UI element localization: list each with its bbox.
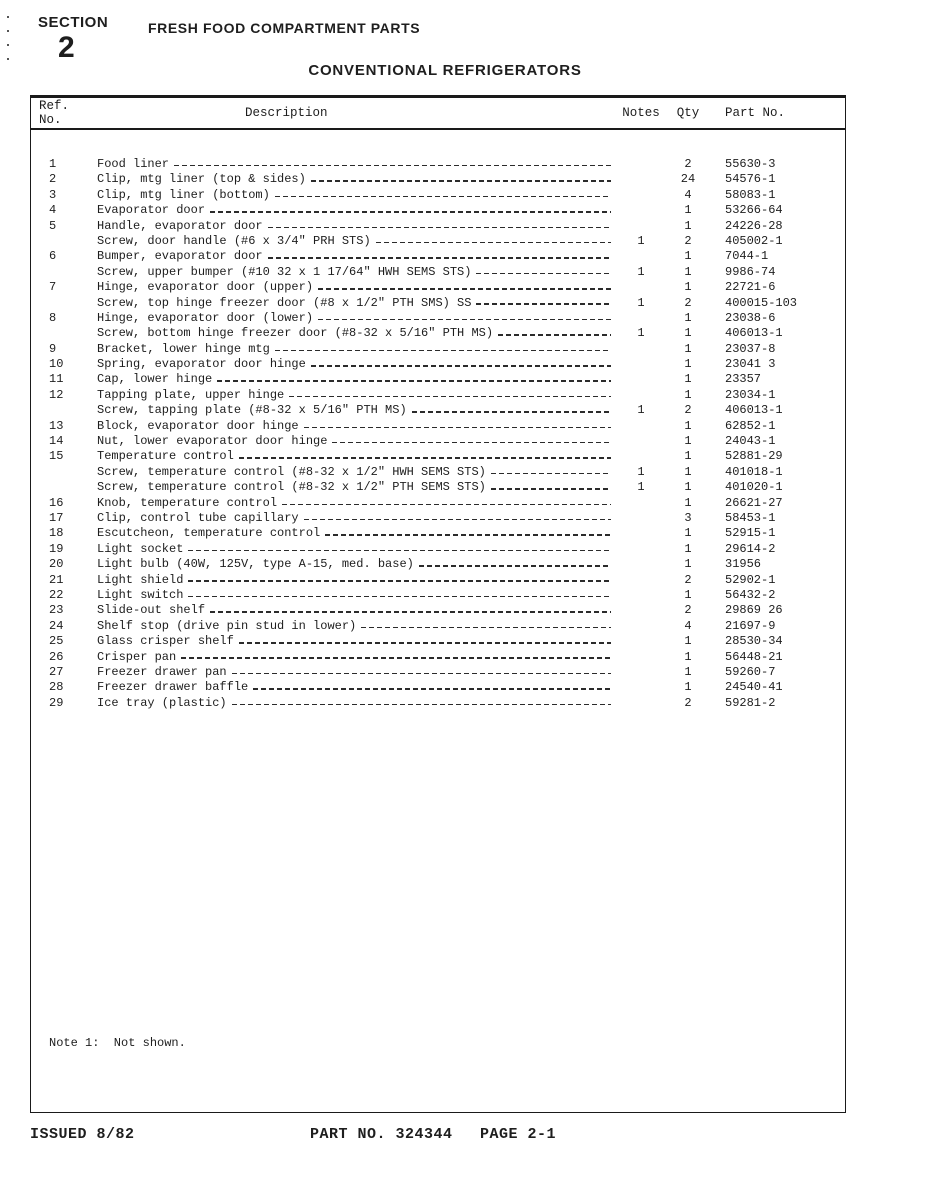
part-cell: 21697-9 xyxy=(711,619,845,634)
dash-leader xyxy=(217,380,611,382)
part-cell: 26621-27 xyxy=(711,496,845,511)
description-text: Crisper pan xyxy=(97,650,176,665)
dash-leader xyxy=(332,442,611,444)
description-text: Slide-out shelf xyxy=(97,603,205,618)
qty-cell: 1 xyxy=(665,280,711,295)
part-cell: 22721-6 xyxy=(711,280,845,295)
qty-cell: 2 xyxy=(665,234,711,249)
description-text: Evaporator door xyxy=(97,203,205,218)
description-cell: Light switch xyxy=(97,588,617,603)
ref-cell: 26 xyxy=(31,650,97,665)
notes-cell xyxy=(617,696,665,711)
qty-cell: 1 xyxy=(665,434,711,449)
part-cell: 23041 3 xyxy=(711,357,845,372)
part-cell: 58083-1 xyxy=(711,188,845,203)
description-text: Light switch xyxy=(97,588,183,603)
table-row: 19 Light socket 1 29614-2 xyxy=(31,542,845,557)
ref-cell: 8 xyxy=(31,311,97,326)
notes-cell xyxy=(617,542,665,557)
table-row: 7 Hinge, evaporator door (upper) 1 22721… xyxy=(31,280,845,295)
ref-cell: 19 xyxy=(31,542,97,557)
qty-cell: 24 xyxy=(665,172,711,187)
description-text: Bumper, evaporator door xyxy=(97,249,263,264)
qty-cell: 1 xyxy=(665,372,711,387)
qty-cell: 1 xyxy=(665,203,711,218)
ref-cell: 4 xyxy=(31,203,97,218)
table-row: 8 Hinge, evaporator door (lower) 1 23038… xyxy=(31,311,845,326)
description-cell: Nut, lower evaporator door hinge xyxy=(97,434,617,449)
dash-leader xyxy=(304,519,611,521)
notes-cell xyxy=(617,650,665,665)
parts-table: Ref. No. Description Notes Qty Part No. … xyxy=(30,95,846,1113)
notes-cell xyxy=(617,357,665,372)
notes-cell xyxy=(617,680,665,695)
ref-cell xyxy=(31,480,97,495)
qty-cell: 1 xyxy=(665,650,711,665)
table-row: 13 Block, evaporator door hinge 1 62852-… xyxy=(31,419,845,434)
table-header-row: Ref. No. Description Notes Qty Part No. xyxy=(31,98,845,130)
description-cell: Freezer drawer pan xyxy=(97,665,617,680)
dash-leader xyxy=(253,688,611,690)
ref-cell: 14 xyxy=(31,434,97,449)
description-text: Nut, lower evaporator door hinge xyxy=(97,434,327,449)
ref-cell: 24 xyxy=(31,619,97,634)
description-text: Screw, upper bumper (#10 32 x 1 17/64" H… xyxy=(97,265,471,280)
description-text: Block, evaporator door hinge xyxy=(97,419,299,434)
notes-cell: 1 xyxy=(617,465,665,480)
dash-leader xyxy=(275,350,611,352)
qty-cell: 1 xyxy=(665,449,711,464)
table-row: 2 Clip, mtg liner (top & sides) 24 54576… xyxy=(31,172,845,187)
part-cell: 56432-2 xyxy=(711,588,845,603)
description-cell: Clip, mtg liner (top & sides) xyxy=(97,172,617,187)
dash-leader xyxy=(275,196,611,198)
dash-leader xyxy=(498,334,611,336)
qty-cell: 2 xyxy=(665,296,711,311)
description-text: Light shield xyxy=(97,573,183,588)
table-row: Screw, door handle (#6 x 3/4" PRH STS) 1… xyxy=(31,234,845,249)
ref-cell: 18 xyxy=(31,526,97,541)
table-row: 24 Shelf stop (drive pin stud in lower) … xyxy=(31,619,845,634)
ref-cell xyxy=(31,465,97,480)
table-row: Screw, bottom hinge freezer door (#8-32 … xyxy=(31,326,845,341)
ref-cell: 28 xyxy=(31,680,97,695)
table-row: 23 Slide-out shelf 2 29869 26 xyxy=(31,603,845,618)
description-text: Light socket xyxy=(97,542,183,557)
ref-cell: 11 xyxy=(31,372,97,387)
part-cell: 24043-1 xyxy=(711,434,845,449)
description-text: Glass crisper shelf xyxy=(97,634,234,649)
description-text: Handle, evaporator door xyxy=(97,219,263,234)
notes-cell xyxy=(617,203,665,218)
page-subtitle: CONVENTIONAL REFRIGERATORS xyxy=(0,62,890,79)
qty-cell: 2 xyxy=(665,696,711,711)
notes-cell: 1 xyxy=(617,234,665,249)
part-cell: 59260-7 xyxy=(711,665,845,680)
notes-cell xyxy=(617,588,665,603)
notes-cell xyxy=(617,157,665,172)
qty-cell: 1 xyxy=(665,388,711,403)
qty-cell: 1 xyxy=(665,311,711,326)
dash-leader xyxy=(282,504,611,506)
dash-leader xyxy=(181,657,611,659)
table-row: 14 Nut, lower evaporator door hinge 1 24… xyxy=(31,434,845,449)
part-cell: 406013-1 xyxy=(711,403,845,418)
ref-cell: 6 xyxy=(31,249,97,264)
part-cell: 401020-1 xyxy=(711,480,845,495)
qty-cell: 1 xyxy=(665,419,711,434)
table-row: 10 Spring, evaporator door hinge 1 23041… xyxy=(31,357,845,372)
description-cell: Screw, temperature control (#8-32 x 1/2"… xyxy=(97,480,617,495)
description-text: Spring, evaporator door hinge xyxy=(97,357,306,372)
ref-cell: 22 xyxy=(31,588,97,603)
dash-leader xyxy=(239,642,611,644)
notes-cell: 1 xyxy=(617,296,665,311)
description-text: Screw, bottom hinge freezer door (#8-32 … xyxy=(97,326,493,341)
dash-leader xyxy=(268,257,611,259)
footer-part-no: PART NO. 324344 xyxy=(310,1126,453,1143)
qty-cell: 2 xyxy=(665,603,711,618)
ref-cell: 9 xyxy=(31,342,97,357)
part-cell: 52915-1 xyxy=(711,526,845,541)
qty-cell: 4 xyxy=(665,188,711,203)
part-cell: 54576-1 xyxy=(711,172,845,187)
part-cell: 53266-64 xyxy=(711,203,845,218)
description-cell: Block, evaporator door hinge xyxy=(97,419,617,434)
part-cell: 28530-34 xyxy=(711,634,845,649)
table-row: 9 Bracket, lower hinge mtg 1 23037-8 xyxy=(31,342,845,357)
ref-cell xyxy=(31,403,97,418)
qty-cell: 1 xyxy=(665,480,711,495)
ref-cell: 3 xyxy=(31,188,97,203)
description-text: Freezer drawer pan xyxy=(97,665,227,680)
description-text: Freezer drawer baffle xyxy=(97,680,248,695)
part-cell: 31956 xyxy=(711,557,845,572)
qty-cell: 2 xyxy=(665,403,711,418)
description-cell: Light bulb (40W, 125V, type A-15, med. b… xyxy=(97,557,617,572)
dash-leader xyxy=(210,611,611,613)
part-cell: 23357 xyxy=(711,372,845,387)
part-cell: 52881-29 xyxy=(711,449,845,464)
part-cell: 29869 26 xyxy=(711,603,845,618)
notes-cell xyxy=(617,249,665,264)
section-number: 2 xyxy=(58,33,108,63)
description-text: Clip, mtg liner (bottom) xyxy=(97,188,270,203)
description-text: Hinge, evaporator door (lower) xyxy=(97,311,313,326)
column-header-notes: Notes xyxy=(617,106,665,120)
description-text: Hinge, evaporator door (upper) xyxy=(97,280,313,295)
part-cell: 9986-74 xyxy=(711,265,845,280)
part-cell: 29614-2 xyxy=(711,542,845,557)
ref-cell: 23 xyxy=(31,603,97,618)
table-row: 26 Crisper pan 1 56448-21 xyxy=(31,650,845,665)
qty-cell: 1 xyxy=(665,680,711,695)
ref-cell: 16 xyxy=(31,496,97,511)
dash-leader xyxy=(412,411,611,413)
footnote: Note 1: Not shown. xyxy=(49,1036,186,1050)
qty-cell: 1 xyxy=(665,219,711,234)
table-row: 15 Temperature control 1 52881-29 xyxy=(31,449,845,464)
table-row: 6 Bumper, evaporator door 1 7044-1 xyxy=(31,249,845,264)
notes-cell xyxy=(617,665,665,680)
part-cell: 400015-103 xyxy=(711,296,845,311)
part-cell: 23037-8 xyxy=(711,342,845,357)
dash-leader xyxy=(361,627,611,629)
qty-cell: 1 xyxy=(665,634,711,649)
ref-cell: 21 xyxy=(31,573,97,588)
description-text: Clip, mtg liner (top & sides) xyxy=(97,172,306,187)
dash-leader xyxy=(188,596,611,598)
ref-cell xyxy=(31,326,97,341)
notes-cell xyxy=(617,557,665,572)
dash-leader xyxy=(304,427,611,429)
qty-cell: 1 xyxy=(665,588,711,603)
description-cell: Cap, lower hinge xyxy=(97,372,617,387)
description-cell: Tapping plate, upper hinge xyxy=(97,388,617,403)
description-text: Light bulb (40W, 125V, type A-15, med. b… xyxy=(97,557,414,572)
notes-cell xyxy=(617,280,665,295)
ref-cell: 29 xyxy=(31,696,97,711)
ref-cell: 10 xyxy=(31,357,97,372)
description-cell: Hinge, evaporator door (upper) xyxy=(97,280,617,295)
description-text: Food liner xyxy=(97,157,169,172)
table-row: Screw, upper bumper (#10 32 x 1 17/64" H… xyxy=(31,265,845,280)
description-cell: Ice tray (plastic) xyxy=(97,696,617,711)
dash-leader xyxy=(491,473,611,475)
part-cell: 52902-1 xyxy=(711,573,845,588)
description-text: Shelf stop (drive pin stud in lower) xyxy=(97,619,356,634)
description-cell: Screw, top hinge freezer door (#8 x 1/2"… xyxy=(97,296,617,311)
qty-cell: 2 xyxy=(665,573,711,588)
dash-leader xyxy=(268,227,611,229)
table-row: 27 Freezer drawer pan 1 59260-7 xyxy=(31,665,845,680)
description-text: Screw, temperature control (#8-32 x 1/2"… xyxy=(97,465,486,480)
dash-leader xyxy=(210,211,611,213)
footer-page-number: PAGE 2-1 xyxy=(480,1126,556,1143)
table-row: Screw, top hinge freezer door (#8 x 1/2"… xyxy=(31,296,845,311)
description-cell: Screw, bottom hinge freezer door (#8-32 … xyxy=(97,326,617,341)
dash-leader xyxy=(311,365,611,367)
table-row: 17 Clip, control tube capillary 3 58453-… xyxy=(31,511,845,526)
description-text: Temperature control xyxy=(97,449,234,464)
description-text: Cap, lower hinge xyxy=(97,372,212,387)
notes-cell xyxy=(617,526,665,541)
notes-cell xyxy=(617,311,665,326)
description-text: Screw, top hinge freezer door (#8 x 1/2"… xyxy=(97,296,471,311)
description-cell: Escutcheon, temperature control xyxy=(97,526,617,541)
description-text: Bracket, lower hinge mtg xyxy=(97,342,270,357)
notes-cell xyxy=(617,188,665,203)
dash-leader xyxy=(476,303,611,305)
table-row: Screw, tapping plate (#8-32 x 5/16" PTH … xyxy=(31,403,845,418)
description-text: Clip, control tube capillary xyxy=(97,511,299,526)
dash-leader xyxy=(232,704,611,706)
part-cell: 24540-41 xyxy=(711,680,845,695)
notes-cell xyxy=(617,388,665,403)
table-row: 22 Light switch 1 56432-2 xyxy=(31,588,845,603)
table-row: 29 Ice tray (plastic) 2 59281-2 xyxy=(31,696,845,711)
dash-leader xyxy=(419,565,611,567)
notes-cell: 1 xyxy=(617,403,665,418)
page-title: FRESH FOOD COMPARTMENT PARTS xyxy=(148,20,420,36)
dash-leader xyxy=(476,273,611,275)
description-cell: Light socket xyxy=(97,542,617,557)
ref-cell: 27 xyxy=(31,665,97,680)
footer-issued: ISSUED 8/82 xyxy=(30,1126,135,1143)
qty-cell: 1 xyxy=(665,496,711,511)
description-text: Screw, tapping plate (#8-32 x 5/16" PTH … xyxy=(97,403,407,418)
description-cell: Clip, mtg liner (bottom) xyxy=(97,188,617,203)
table-row: 12 Tapping plate, upper hinge 1 23034-1 xyxy=(31,388,845,403)
description-cell: Screw, tapping plate (#8-32 x 5/16" PTH … xyxy=(97,403,617,418)
qty-cell: 1 xyxy=(665,342,711,357)
dash-leader xyxy=(318,288,611,290)
notes-cell xyxy=(617,419,665,434)
description-text: Escutcheon, temperature control xyxy=(97,526,320,541)
description-text: Ice tray (plastic) xyxy=(97,696,227,711)
dash-leader xyxy=(239,457,611,459)
notes-cell xyxy=(617,634,665,649)
ref-cell: 12 xyxy=(31,388,97,403)
ref-cell: 1 xyxy=(31,157,97,172)
part-cell: 55630-3 xyxy=(711,157,845,172)
ref-cell xyxy=(31,296,97,311)
ref-cell: 13 xyxy=(31,419,97,434)
notes-cell xyxy=(617,573,665,588)
dash-leader xyxy=(174,165,611,167)
part-cell: 23034-1 xyxy=(711,388,845,403)
notes-cell: 1 xyxy=(617,265,665,280)
notes-cell: 1 xyxy=(617,326,665,341)
ref-cell: 25 xyxy=(31,634,97,649)
qty-cell: 1 xyxy=(665,265,711,280)
description-cell: Spring, evaporator door hinge xyxy=(97,357,617,372)
description-cell: Evaporator door xyxy=(97,203,617,218)
section-label: SECTION xyxy=(38,14,108,31)
qty-cell: 1 xyxy=(665,357,711,372)
part-cell: 23038-6 xyxy=(711,311,845,326)
description-cell: Bumper, evaporator door xyxy=(97,249,617,264)
notes-cell xyxy=(617,434,665,449)
notes-cell xyxy=(617,172,665,187)
ref-cell: 20 xyxy=(31,557,97,572)
description-text: Screw, temperature control (#8-32 x 1/2"… xyxy=(97,480,486,495)
part-cell: 24226-28 xyxy=(711,219,845,234)
description-cell: Screw, upper bumper (#10 32 x 1 17/64" H… xyxy=(97,265,617,280)
part-cell: 62852-1 xyxy=(711,419,845,434)
qty-cell: 1 xyxy=(665,326,711,341)
description-cell: Light shield xyxy=(97,573,617,588)
table-row: 3 Clip, mtg liner (bottom) 4 58083-1 xyxy=(31,188,845,203)
description-cell: Crisper pan xyxy=(97,650,617,665)
part-cell: 406013-1 xyxy=(711,326,845,341)
part-cell: 59281-2 xyxy=(711,696,845,711)
part-cell: 58453-1 xyxy=(711,511,845,526)
dash-leader xyxy=(188,550,611,552)
notes-cell xyxy=(617,219,665,234)
qty-cell: 1 xyxy=(665,542,711,557)
table-row: 18 Escutcheon, temperature control 1 529… xyxy=(31,526,845,541)
qty-cell: 1 xyxy=(665,665,711,680)
notes-cell xyxy=(617,449,665,464)
description-cell: Hinge, evaporator door (lower) xyxy=(97,311,617,326)
table-body: 1 Food liner 2 55630-3 2 Clip, mtg liner… xyxy=(31,130,845,711)
description-cell: Glass crisper shelf xyxy=(97,634,617,649)
description-cell: Food liner xyxy=(97,157,617,172)
description-cell: Temperature control xyxy=(97,449,617,464)
notes-cell xyxy=(617,511,665,526)
description-cell: Handle, evaporator door xyxy=(97,219,617,234)
part-cell: 405002-1 xyxy=(711,234,845,249)
description-text: Knob, temperature control xyxy=(97,496,277,511)
table-row: 21 Light shield 2 52902-1 xyxy=(31,573,845,588)
qty-cell: 1 xyxy=(665,465,711,480)
table-row: Screw, temperature control (#8-32 x 1/2"… xyxy=(31,480,845,495)
notes-cell xyxy=(617,603,665,618)
description-text: Tapping plate, upper hinge xyxy=(97,388,284,403)
column-header-part: Part No. xyxy=(711,106,845,120)
description-cell: Screw, door handle (#6 x 3/4" PRH STS) xyxy=(97,234,617,249)
description-cell: Knob, temperature control xyxy=(97,496,617,511)
notes-cell xyxy=(617,372,665,387)
table-row: 4 Evaporator door 1 53266-64 xyxy=(31,203,845,218)
qty-cell: 4 xyxy=(665,619,711,634)
description-cell: Freezer drawer baffle xyxy=(97,680,617,695)
description-cell: Screw, temperature control (#8-32 x 1/2"… xyxy=(97,465,617,480)
dash-leader xyxy=(318,319,611,321)
description-cell: Bracket, lower hinge mtg xyxy=(97,342,617,357)
table-row: 5 Handle, evaporator door 1 24226-28 xyxy=(31,219,845,234)
part-cell: 56448-21 xyxy=(711,650,845,665)
description-cell: Clip, control tube capillary xyxy=(97,511,617,526)
table-row: 25 Glass crisper shelf 1 28530-34 xyxy=(31,634,845,649)
qty-cell: 2 xyxy=(665,157,711,172)
qty-cell: 3 xyxy=(665,511,711,526)
ref-cell: 17 xyxy=(31,511,97,526)
ref-cell: 5 xyxy=(31,219,97,234)
ref-cell xyxy=(31,265,97,280)
description-cell: Slide-out shelf xyxy=(97,603,617,618)
table-row: 28 Freezer drawer baffle 1 24540-41 xyxy=(31,680,845,695)
qty-cell: 1 xyxy=(665,557,711,572)
column-header-ref: Ref. No. xyxy=(31,99,97,127)
qty-cell: 1 xyxy=(665,249,711,264)
dash-leader xyxy=(289,396,611,398)
description-text: Screw, door handle (#6 x 3/4" PRH STS) xyxy=(97,234,371,249)
dash-leader xyxy=(376,242,611,244)
column-header-qty: Qty xyxy=(665,106,711,120)
dash-leader xyxy=(232,673,611,675)
table-row: 16 Knob, temperature control 1 26621-27 xyxy=(31,496,845,511)
ref-cell: 15 xyxy=(31,449,97,464)
table-row: 20 Light bulb (40W, 125V, type A-15, med… xyxy=(31,557,845,572)
table-row: Screw, temperature control (#8-32 x 1/2"… xyxy=(31,465,845,480)
ref-cell: 7 xyxy=(31,280,97,295)
dash-leader xyxy=(491,488,611,490)
table-row: 1 Food liner 2 55630-3 xyxy=(31,157,845,172)
notes-cell xyxy=(617,342,665,357)
part-cell: 7044-1 xyxy=(711,249,845,264)
part-cell: 401018-1 xyxy=(711,465,845,480)
qty-cell: 1 xyxy=(665,526,711,541)
ref-cell: 2 xyxy=(31,172,97,187)
dash-leader xyxy=(311,180,611,182)
notes-cell: 1 xyxy=(617,480,665,495)
notes-cell xyxy=(617,496,665,511)
notes-cell xyxy=(617,619,665,634)
ref-cell xyxy=(31,234,97,249)
section-block: SECTION 2 xyxy=(38,14,108,63)
